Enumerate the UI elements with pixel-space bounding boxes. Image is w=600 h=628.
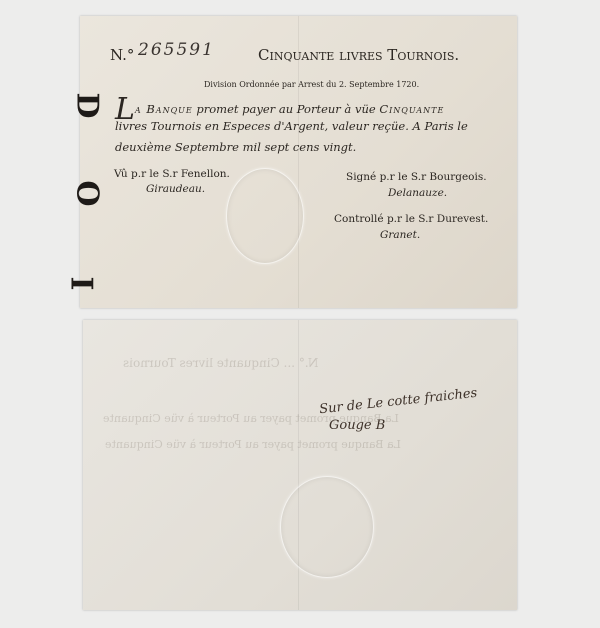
stub-letter: D [70,92,105,118]
signature-right1-name: Delanauze. [388,187,447,199]
division-line: Division Ordonnée par Arrest du 2. Septe… [204,80,419,89]
signature-right2-name: Granet. [380,229,420,241]
amount-text: Cinquante [379,102,444,116]
serial-number: 265591 [138,40,215,60]
stub-letter: O [70,180,105,206]
embossed-seal-back [280,476,374,578]
promise-text: promet payer au Porteur à vüe [193,102,380,116]
stub-letter: I [64,276,99,290]
signature-right1-label: Signé p.r le S.r Bourgeois. [346,171,487,183]
promise-line-3: deuxième Septembre mil sept cens vingt. [115,140,356,154]
banknote-front: D O I N.° 265591 Cinquante livres Tourno… [80,16,517,308]
embossed-seal [226,168,304,264]
signature-left-name: Giraudeau. [146,183,205,195]
show-through-title: N.° ... Cinquante livres Tournois [123,356,318,370]
signature-right2-label: Controllé p.r le S.r Durevest. [334,213,488,225]
bank-name: a Banque [135,102,193,116]
banknote-back: N.° ... Cinquante livres Tournois La Ban… [83,320,517,610]
signature-left-label: Vû p.r le S.r Fenellon. [114,168,230,180]
show-through-body-2: La Banque promet payer au Porteur à vüe … [105,438,401,451]
promise-line-2: livres Tournois en Especes d'Argent, val… [115,119,468,133]
denomination-title: Cinquante livres Tournois. [258,46,459,64]
serial-label: N.° [110,46,134,64]
handwritten-endorsement-2: Gouge B [329,418,385,433]
